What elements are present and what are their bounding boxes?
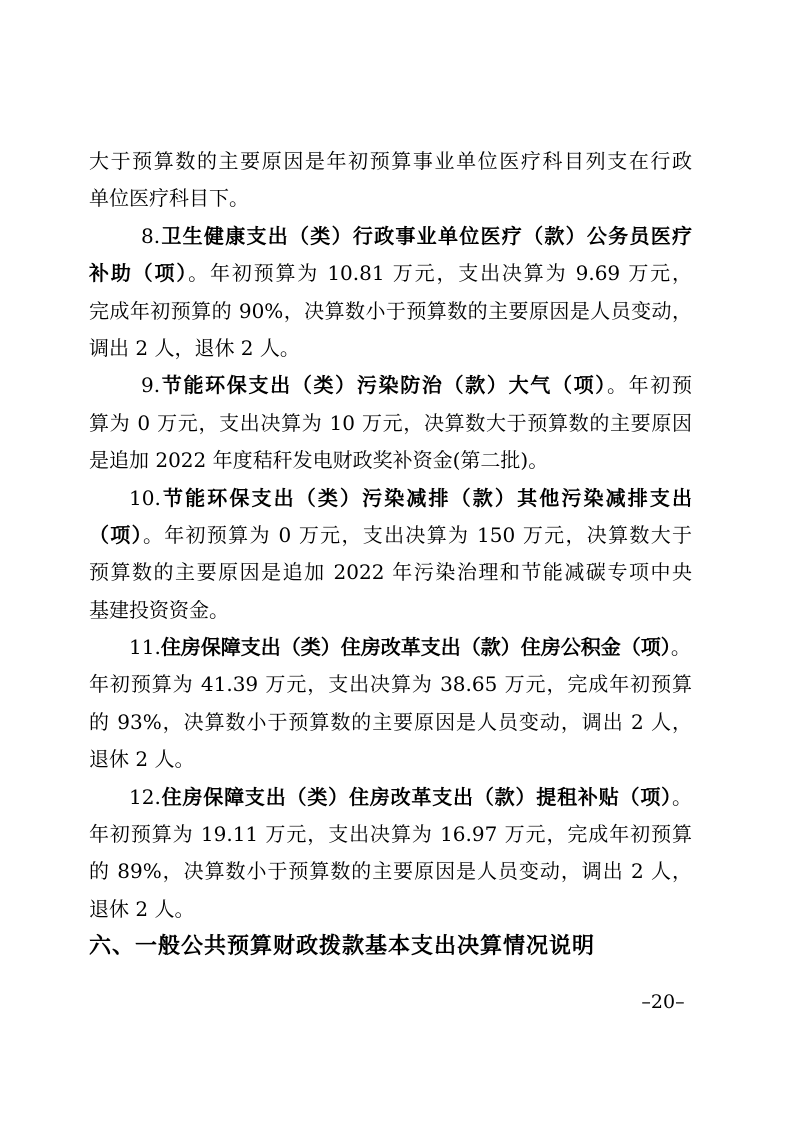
text-segment: 。 xyxy=(672,785,692,809)
text-segment: 完成年初预算的 90%，决算数小于预算数的主要原因是人员变动， xyxy=(89,299,692,323)
text-segment: 大于预算数的主要原因是年初预算事业单位医疗科目列支在行政 xyxy=(89,149,692,173)
bold-text-segment: 卫生健康支出（类）行政事业单位医疗（款）公务员医疗 xyxy=(160,224,692,248)
text-line: 算为 0 万元，支出决算为 10 万元，决算数大于预算数的主要原因 xyxy=(89,405,692,442)
text-line: 年初预算为 41.39 万元，支出决算为 38.65 万元，完成年初预算 xyxy=(89,666,692,703)
text-line: 的 93%，决算数小于预算数的主要原因是人员变动，调出 2 人， xyxy=(89,704,692,741)
text-line: 基建投资资金。 xyxy=(89,592,692,629)
text-segment: 年初预算为 41.39 万元，支出决算为 38.65 万元，完成年初预算 xyxy=(89,672,692,696)
bold-text-segment: （项） xyxy=(89,523,143,547)
section-heading: 六、一般公共预算财政拨款基本支出决算情况说明 xyxy=(89,928,692,965)
text-segment: 调出 2 人，退休 2 人。 xyxy=(89,336,300,360)
document-page: 大于预算数的主要原因是年初预算事业单位医疗科目列支在行政单位医疗科目下。8.卫生… xyxy=(0,0,793,1122)
text-line: 是追加 2022 年度秸秆发电财政奖补资金(第二批)。 xyxy=(89,442,692,479)
text-segment: 。 xyxy=(671,635,691,659)
text-segment: 算为 0 万元，支出决算为 10 万元，决算数大于预算数的主要原因 xyxy=(89,411,692,435)
text-line: 完成年初预算的 90%，决算数小于预算数的主要原因是人员变动， xyxy=(89,293,692,330)
text-line: 10.节能环保支出（类）污染减排（款）其他污染减排支出 xyxy=(89,480,692,517)
text-line: 年初预算为 19.11 万元，支出决算为 16.97 万元，完成年初预算 xyxy=(89,816,692,853)
bold-text-segment: 节能环保支出（类）污染防治（款）大气（项） xyxy=(160,373,607,397)
text-segment: 。年初预算为 10.81 万元，支出决算为 9.69 万元， xyxy=(188,261,692,285)
text-segment: 年初预算为 19.11 万元，支出决算为 16.97 万元，完成年初预算 xyxy=(89,822,692,846)
bold-text-segment: 节能环保支出（类）污染减排（款）其他污染减排支出 xyxy=(161,486,692,510)
text-segment: 退休 2 人。 xyxy=(89,897,194,921)
text-line: 单位医疗科目下。 xyxy=(89,180,692,217)
bold-text-segment: 补助（项） xyxy=(89,261,188,285)
text-line: 调出 2 人，退休 2 人。 xyxy=(89,330,692,367)
text-segment: 。年初预算为 0 万元，支出决算为 150 万元，决算数大于 xyxy=(143,523,692,547)
text-line: 预算数的主要原因是追加 2022 年污染治理和节能减碳专项中央 xyxy=(89,554,692,591)
text-segment: 8. xyxy=(141,224,160,248)
text-segment: 。年初预 xyxy=(607,373,692,397)
document-body: 大于预算数的主要原因是年初预算事业单位医疗科目列支在行政单位医疗科目下。8.卫生… xyxy=(89,143,692,966)
text-segment: 9. xyxy=(141,373,160,397)
text-segment: 基建投资资金。 xyxy=(89,598,229,622)
text-segment: 11. xyxy=(129,635,161,659)
text-line: 大于预算数的主要原因是年初预算事业单位医疗科目列支在行政 xyxy=(89,143,692,180)
text-segment: 10. xyxy=(129,486,161,510)
text-line: 退休 2 人。 xyxy=(89,741,692,778)
text-segment: 预算数的主要原因是追加 2022 年污染治理和节能减碳专项中央 xyxy=(89,560,692,584)
bold-text-segment: 六、一般公共预算财政拨款基本支出决算情况说明 xyxy=(89,934,595,959)
text-line: 补助（项）。年初预算为 10.81 万元，支出决算为 9.69 万元， xyxy=(89,255,692,292)
text-line: 12.住房保障支出（类）住房改革支出（款）提租补贴（项）。 xyxy=(89,779,692,816)
text-line: 退休 2 人。 xyxy=(89,891,692,928)
bold-text-segment: 住房保障支出（类）住房改革支出（款）提租补贴（项） xyxy=(161,785,672,809)
text-segment: 退休 2 人。 xyxy=(89,747,194,771)
text-line: 11.住房保障支出（类）住房改革支出（款）住房公积金（项）。 xyxy=(89,629,692,666)
text-segment: 单位医疗科目下。 xyxy=(89,186,249,210)
text-segment: 的 93%，决算数小于预算数的主要原因是人员变动，调出 2 人， xyxy=(89,710,692,734)
text-segment: 是追加 2022 年度秸秆发电财政奖补资金(第二批)。 xyxy=(89,448,548,472)
text-line: 9.节能环保支出（类）污染防治（款）大气（项）。年初预 xyxy=(89,367,692,404)
page-number: –20– xyxy=(633,991,693,1013)
text-line: 的 89%，决算数小于预算数的主要原因是人员变动，调出 2 人， xyxy=(89,853,692,890)
bold-text-segment: 住房保障支出（类）住房改革支出（款）住房公积金（项） xyxy=(161,635,671,659)
text-line: （项）。年初预算为 0 万元，支出决算为 150 万元，决算数大于 xyxy=(89,517,692,554)
text-line: 8.卫生健康支出（类）行政事业单位医疗（款）公务员医疗 xyxy=(89,218,692,255)
text-segment: 的 89%，决算数小于预算数的主要原因是人员变动，调出 2 人， xyxy=(89,859,692,883)
text-segment: 12. xyxy=(129,785,161,809)
